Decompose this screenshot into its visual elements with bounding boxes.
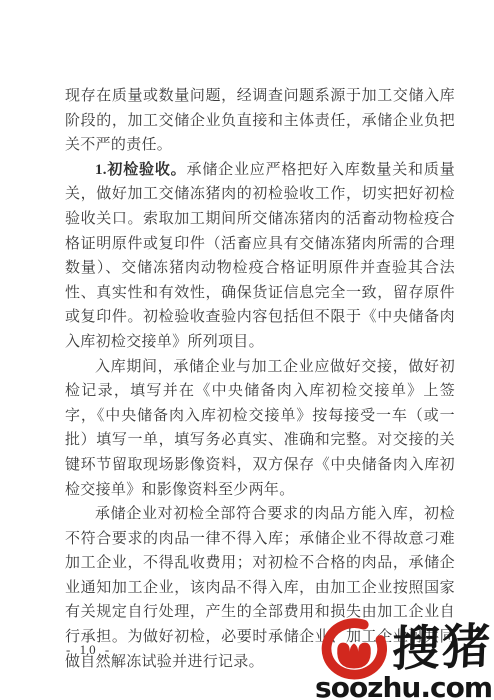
document-page: 现存在质量或数量问题，经调查问题系源于加工交储入库阶段的，加工交储企业负直接和主… [0,0,494,700]
paragraph: 1.初检验收。承储企业应严格把好入库数量关和质量关，做好加工交储冻猪肉的初检验收… [65,158,455,355]
document-body: 现存在质量或数量问题，经调查问题系源于加工交储入库阶段的，加工交储企业负直接和主… [65,84,455,674]
paragraph-text: 现存在质量或数量问题，经调查问题系源于加工交储入库阶段的，加工交储企业负直接和主… [65,88,455,153]
brand-url: soozhu.com [314,673,492,700]
page-number: - 10 - [66,642,112,658]
paragraph: 现存在质量或数量问题，经调查问题系源于加工交储入库阶段的，加工交储企业负直接和主… [65,84,455,158]
paragraph: 入库期间，承储企业与加工企业应做好交接，做好初检记录，填写并在《中央储备肉入库初… [65,355,455,503]
paragraph-bold-lead: 1.初检验收。 [95,162,187,178]
paragraph-text: 承储企业应严格把好入库数量关和质量关，做好加工交储冻猪肉的初检验收工作，切实把好… [65,162,455,350]
brand-name-cn: 搜猪 [391,623,493,674]
soozhu-watermark: 搜猪 soozhu.com [314,617,492,700]
paragraph-text: 入库期间，承储企业与加工企业应做好交接，做好初检记录，填写并在《中央储备肉入库初… [65,359,455,498]
